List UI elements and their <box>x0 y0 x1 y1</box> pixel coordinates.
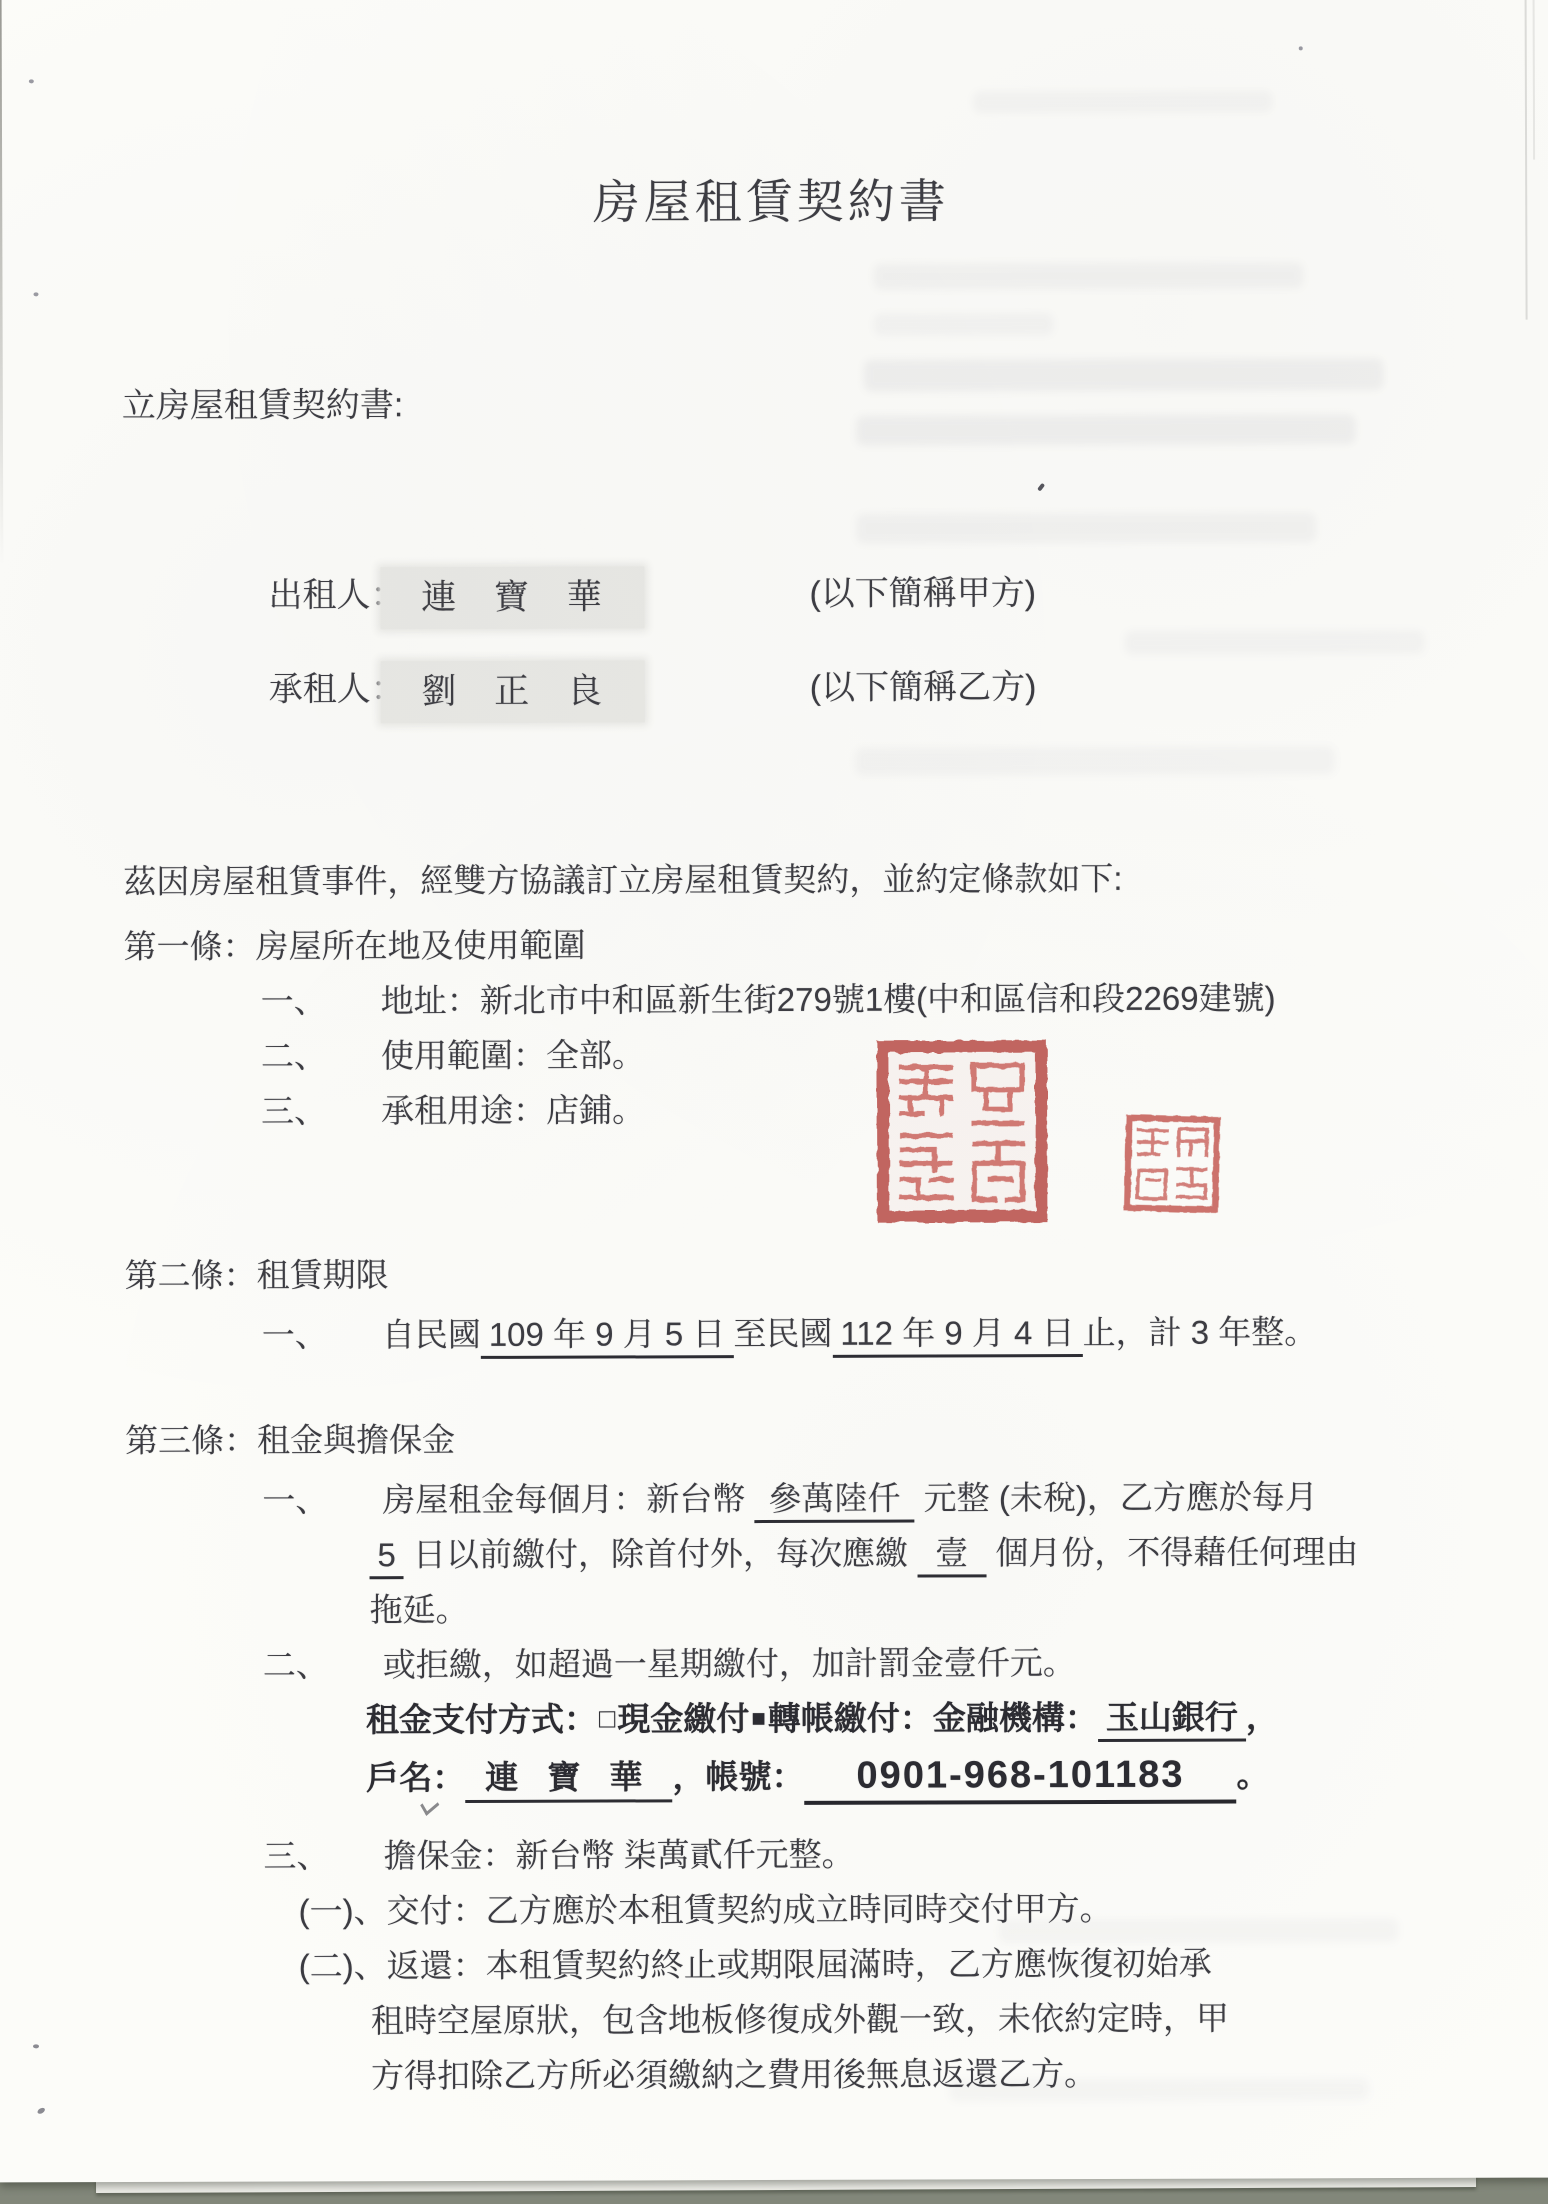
item-text: 使用範圍：全部。 <box>381 1035 645 1075</box>
rent-due-day: 5 <box>369 1536 403 1579</box>
article1-item-scope: 二、 使用範圍：全部。 <box>0 1033 1548 1038</box>
term-text: 自民國109 年 9 月 5 日至民國112 年 9 月 4 日止，計 3 年整… <box>382 1312 1318 1355</box>
deposit-row: 三、 擔保金：新台幣 柒萬貳仟元整。 <box>0 1833 1548 1838</box>
item-number: 三、 <box>261 1091 327 1131</box>
lessor-alias: (以下簡稱甲方) <box>809 573 1036 615</box>
bleed-through-artifact <box>973 90 1273 113</box>
payment-method-line: 租金支付方式：□現金繳付■轉帳繳付：金融機構：玉山銀行， <box>366 1697 1279 1739</box>
payment-label: 租金支付方式： <box>366 1701 597 1739</box>
scan-speck <box>37 2107 46 2115</box>
bleed-through-artifact <box>1125 630 1425 655</box>
deposit-sub2-line1: (二)、返還：本租賃契約終止或期限屆滿時，乙方應恢復初始承 <box>299 1944 1212 1986</box>
article1-heading: 第一條：房屋所在地及使用範圍 <box>123 926 585 967</box>
checkbox-transfer-checked: ■ <box>751 1705 766 1734</box>
page-edge-shadow-right <box>1525 0 1528 320</box>
rent-post-2: 個月份，不得藉任何理由 <box>995 1533 1358 1571</box>
account-holder-name: 連 寶 華 <box>465 1758 672 1803</box>
rent-line-2: 5 日以前繳付，除首付外，每次應繳 壹 個月份，不得藉任何理由 <box>369 1532 1358 1575</box>
cash-option-label: 現金繳付 <box>617 1700 749 1737</box>
scan-speck <box>33 2044 39 2048</box>
article2-heading: 第二條：租賃期限 <box>125 1255 389 1295</box>
item-number: 二、 <box>263 1645 329 1685</box>
term-suffix: 止，計 3 年整。 <box>1082 1313 1317 1351</box>
bleed-through-artifact <box>864 358 1384 392</box>
bleed-through-artifact <box>856 512 1316 543</box>
bleed-through-artifact <box>873 262 1303 289</box>
scan-speck <box>34 292 39 296</box>
term-start-date: 109 年 9 月 5 日 <box>481 1315 734 1359</box>
lessor-name-highlight: 連 寶 華 <box>380 566 644 629</box>
lessor-name: 連 寶 華 <box>421 577 616 617</box>
article3-heading: 第三條：租金與擔保金 <box>125 1420 455 1461</box>
page-edge-shadow-right-2 <box>1533 0 1536 160</box>
lessee-row: 承租人： 劉 正 良 (以下簡稱乙方) <box>0 666 1548 671</box>
term-middle: 至民國 <box>733 1315 832 1352</box>
deposit-sub2-line3: 方得扣除乙方所必須繳納之費用後無息返還乙方。 <box>371 2054 1097 2096</box>
lessee-alias: (以下簡稱乙方) <box>810 667 1037 709</box>
account-label: 戶名： <box>366 1759 465 1796</box>
article1-item-address: 一、 地址：新北市中和區新生街279號1樓(中和區信和段2269建號) <box>0 978 1548 983</box>
rent-mid: 日以前繳付，除首付外，每次應繳 <box>413 1535 908 1574</box>
bank-name: 玉山銀行 <box>1098 1699 1246 1742</box>
payment-trailing: ， <box>1246 1698 1279 1735</box>
article1-item-purpose: 三、 承租用途：店鋪。 <box>0 1088 1548 1093</box>
term-end-date: 112 年 9 月 4 日 <box>832 1314 1082 1358</box>
lessor-row: 出租人： 連 寶 華 (以下簡稱甲方) <box>0 572 1548 577</box>
checkbox-cash-unchecked: □ <box>599 1703 615 1735</box>
term-prefix: 自民國 <box>382 1316 481 1353</box>
deposit-text: 擔保金：新台幣 柒萬貳仟元整。 <box>383 1835 854 1876</box>
account-line: 戶名：連 寶 華，帳號：0901-968-101183。 <box>366 1752 1269 1800</box>
account-number: 0901-968-101183 <box>804 1754 1236 1805</box>
red-seal-stamp-small <box>1123 1114 1221 1214</box>
rent-months-count: 壹 <box>917 1534 986 1577</box>
lessee-name-highlight: 劉 正 良 <box>381 660 645 723</box>
page-edge-shadow-left <box>0 0 3 564</box>
rent-line-3: 拖延。 <box>370 1590 469 1630</box>
contract-paper: 房屋租賃契約書 立房屋租賃契約書: 出租人： 連 寶 華 (以下簡稱甲方) 承租… <box>0 0 1548 2182</box>
bleed-through-artifact <box>855 746 1335 776</box>
rent-line-1: 一、 房屋租金每個月：新台幣 參萬陸仟 元整 (未稅)，乙方應於每月 <box>0 1477 1548 1482</box>
page-title: 房屋租賃契約書 <box>0 172 1548 233</box>
item-number: 二、 <box>261 1036 327 1076</box>
account-mid: ，帳號： <box>672 1758 804 1795</box>
scan-speck <box>1299 46 1303 50</box>
item-number: 三、 <box>263 1836 329 1876</box>
preamble: 茲因房屋租賃事件，經雙方協議訂立房屋租賃契約，並約定條款如下: <box>123 859 1122 902</box>
transfer-option-label: 轉帳繳付：金融機構： <box>768 1699 1098 1737</box>
deposit-sub2-line2: 租時空屋原狀，包含地板修復成外觀一致，未依約定時，甲 <box>371 1999 1229 2041</box>
rent-text-1: 房屋租金每個月：新台幣 參萬陸仟 元整 (未稅)，乙方應於每月 <box>382 1477 1318 1520</box>
red-seal-stamp-large <box>876 1039 1049 1224</box>
rent-pre: 房屋租金每個月：新台幣 <box>382 1480 745 1518</box>
scan-speck <box>1037 483 1045 492</box>
scan-speck <box>29 79 34 83</box>
rent-post: 元整 (未稅)，乙方應於每月 <box>924 1478 1318 1516</box>
bleed-through-artifact <box>856 414 1356 446</box>
item-number: 一、 <box>261 981 327 1021</box>
item-number: 一、 <box>262 1480 328 1520</box>
lessee-name: 劉 正 良 <box>421 671 616 711</box>
document-subtitle: 立房屋租賃契約書: <box>122 385 404 427</box>
penalty-row: 二、 或拒繳，如超過一星期繳付，加計罰金壹仟元。 <box>0 1642 1548 1647</box>
bleed-through-artifact <box>874 313 1054 336</box>
rent-amount: 參萬陸仟 <box>754 1480 914 1524</box>
deposit-sub1: (一)、交付：乙方應於本租賃契約成立時同時交付甲方。 <box>299 1889 1113 1931</box>
account-end: 。 <box>1236 1756 1269 1793</box>
penalty-text: 或拒繳，如超過一星期繳付，加計罰金壹仟元。 <box>383 1643 1076 1685</box>
item-text: 地址：新北市中和區新生街279號1樓(中和區信和段2269建號) <box>381 978 1276 1020</box>
article2-term-row: 一、 自民國109 年 9 月 5 日至民國112 年 9 月 4 日止，計 3… <box>0 1312 1548 1317</box>
item-number: 一、 <box>262 1315 328 1355</box>
item-text: 承租用途：店鋪。 <box>381 1090 645 1130</box>
